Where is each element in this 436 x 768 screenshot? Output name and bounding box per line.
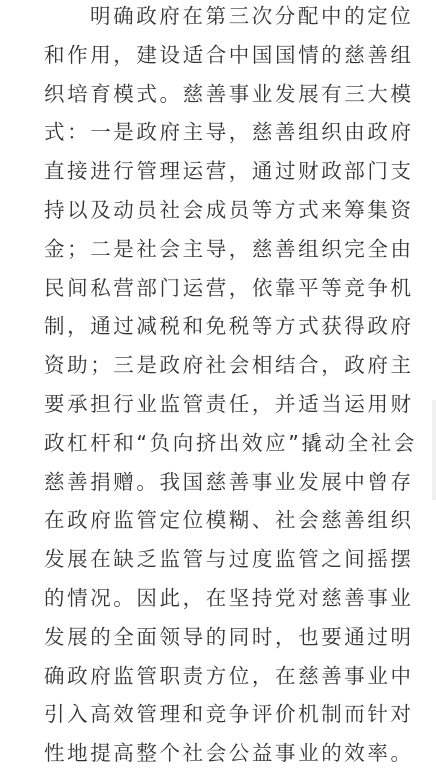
text-line: 政杠杆和“负向挤出效应”撬动全社会: [44, 424, 394, 463]
text-line: 确政府监管职责方位，在慈善事业中: [44, 657, 394, 696]
text-line: 和作用，建设适合中国国情的慈善组: [44, 36, 394, 75]
text-line: 式：一是政府主导，慈善组织由政府: [44, 113, 394, 152]
text-line: 引入高效管理和竞争评价机制而针对: [44, 695, 394, 734]
text-line: 要承担行业监管责任，并适当运用财: [44, 385, 394, 424]
text-line: 慈善捐赠。我国慈善事业发展中曾存: [44, 463, 394, 502]
text-line: 发展在缺乏监管与过度监管之间摇摆: [44, 540, 394, 579]
text-line: 性地提高整个社会公益事业的效率。: [44, 734, 394, 768]
text-line: 金；二是社会主导，慈善组织完全由: [44, 230, 394, 269]
text-line: 明确政府在第三次分配中的定位: [44, 0, 394, 36]
text-line: 织培育模式。慈善事业发展有三大模: [44, 75, 394, 114]
text-line: 的情况。因此，在坚持党对慈善事业: [44, 579, 394, 618]
text-line: 在政府监管定位模糊、社会慈善组织: [44, 501, 394, 540]
text-line: 民间私营部门运营，依靠平等竞争机: [44, 269, 394, 308]
page-edge-divider: [432, 400, 436, 500]
text-line: 发展的全面领导的同时，也要通过明: [44, 618, 394, 657]
article-body: 明确政府在第三次分配中的定位 和作用，建设适合中国国情的慈善组 织培育模式。慈善…: [44, 0, 394, 768]
text-line: 资助；三是政府社会相结合，政府主: [44, 346, 394, 385]
text-line: 直接进行管理运营，通过财政部门支: [44, 152, 394, 191]
text-line: 制，通过减税和免税等方式获得政府: [44, 307, 394, 346]
text-line: 持以及动员社会成员等方式来筹集资: [44, 191, 394, 230]
